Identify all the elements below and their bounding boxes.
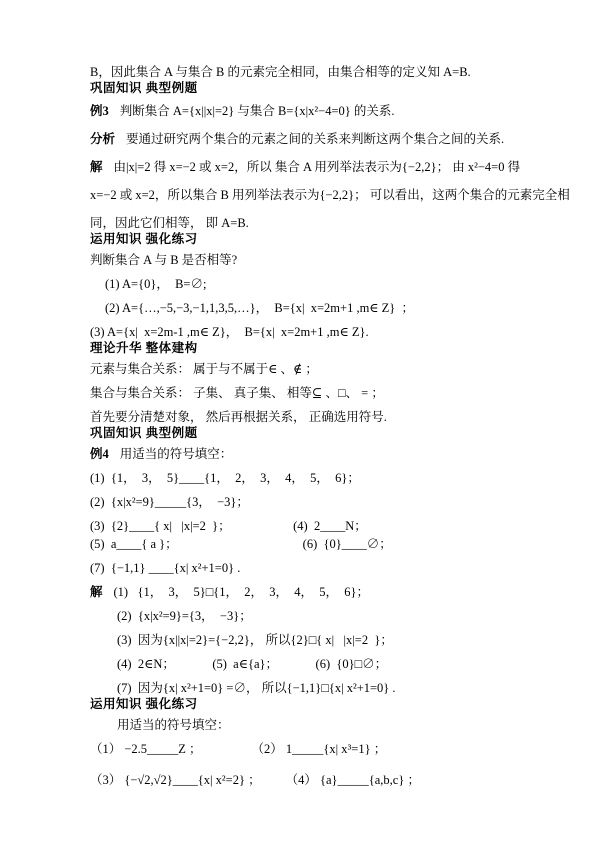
text-line: （1） −2.5_____Z ； （2） 1_____{x| x³=1} ； [90,741,515,758]
line-text: （3） {−√2,√2}____{x| x²=2} ； （4） {a}_____… [90,773,420,787]
text-line: 集合与集合关系： 子集、 真子集、 相等⊆ 、□、 = ； [90,385,515,402]
text-line: x=−2 或 x=2，所以集合 B 用列举法表示为{−2,2}； 可以看出，这两… [90,187,515,204]
line-text: 集合与集合关系： 子集、 真子集、 相等⊆ 、□、 = ； [90,386,384,400]
example-line: 例4用适当的符号填空： [90,446,515,463]
text-line: (3) 因为{x||x|=2}={−2,2}， 所以{2}□{ x| |x|=2… [90,632,515,649]
solution-line: 解由|x|=2 得 x=−2 或 x=2，所以 集合 A 用列举法表示为{−2,… [90,159,515,176]
line-text: 同，因此它们相等， 即 A=B. [90,216,249,230]
text-line: （3） {−√2,√2}____{x| x²=2} ； （4） {a}_____… [90,772,515,789]
text-line: (7) {−1,1} ____{x| x²+1=0} . [90,560,515,577]
line-text: (1) {1， 3， 5}____{1， 2， 3， 4， 5， 6}； [90,471,360,485]
line-text: (2) A={…,−5,−3,−1,1,3,5,…}， B={x| x=2m+1… [105,301,414,315]
text-line: (5) a____{ a }； (6) {0}____∅； [90,536,515,553]
line-text: 理论升华 整体建构 [90,341,198,355]
analysis-line: 分析要通过研究两个集合的元素之间的关系来判断这两个集合之间的关系. [90,131,515,148]
line-text: B，因此集合 A 与集合 B 的元素完全相同，由集合相等的定义知 A=B. [90,65,471,79]
line-text: (1) A={0}， B=∅; [105,277,206,291]
line-text: (7) {−1,1} ____{x| x²+1=0} . [90,561,240,575]
line-text: (4) 2∈N； (5) a∈{a}； (6) {0}□∅； [117,657,387,671]
text-line: 同，因此它们相等， 即 A=B. [90,215,515,232]
text-line: (7) 因为{x| x²+1=0} =∅， 所以{−1,1}□{x| x²+1=… [90,680,515,697]
line-label: 例4 [90,447,109,461]
line-text: 判断集合 A 与 B 是否相等? [90,253,237,267]
text-line: B，因此集合 A 与集合 B 的元素完全相同，由集合相等的定义知 A=B. [90,64,515,81]
section-heading: 巩固知识 典型例题 [90,425,515,442]
section-heading: 运用知识 强化练习 [90,696,515,713]
line-text: （1） −2.5_____Z ； （2） 1_____{x| x³=1} ； [90,742,386,756]
example-line: 例3判断集合 A={x||x|=2} 与集合 B={x|x²−4=0} 的关系. [90,103,515,120]
document-page: B，因此集合 A 与集合 B 的元素完全相同，由集合相等的定义知 A=B.巩固知… [0,0,595,842]
text-line: (2) A={…,−5,−3,−1,1,3,5,…}， B={x| x=2m+1… [90,300,515,317]
line-text: (2) {x|x²=9}_____{3， −3}； [90,495,249,509]
text-line: (3) {2}____{ x| |x|=2 }； (4) 2____N； [90,518,515,535]
line-text: 元素与集合关系： 属于与不属于∈ 、∉ ； [90,362,318,376]
line-text: 要通过研究两个集合的元素之间的关系来判断这两个集合之间的关系. [126,132,504,146]
text-line: (1) A={0}， B=∅; [90,276,515,293]
line-text: 用适当的符号填空： [117,718,230,732]
section-heading: 理论升华 整体建构 [90,340,515,357]
text-line: 用适当的符号填空： [90,717,515,734]
line-text: 巩固知识 典型例题 [90,81,198,95]
text-line: (1) {1， 3， 5}____{1， 2， 3， 4， 5， 6}； [90,470,515,487]
line-text: (3) 因为{x||x|=2}={−2,2}， 所以{2}□{ x| |x|=2… [117,633,393,647]
text-line: (3) A={x| x=2m-1 ,m∈ Z}， B={x| x=2m+1 ,m… [90,324,515,341]
line-label: 解 [90,585,103,599]
text-line: (4) 2∈N； (5) a∈{a}； (6) {0}□∅； [90,656,515,673]
line-text: (5) a____{ a }； (6) {0}____∅； [90,537,392,551]
document-content: B，因此集合 A 与集合 B 的元素完全相同，由集合相等的定义知 A=B.巩固知… [90,64,515,789]
text-line: (2) {x|x²=9}={3， −3}； [90,608,515,625]
line-text: x=−2 或 x=2，所以集合 B 用列举法表示为{−2,2}； 可以看出，这两… [90,188,570,202]
line-text: 判断集合 A={x||x|=2} 与集合 B={x|x²−4=0} 的关系. [120,104,395,118]
line-text: (3) A={x| x=2m-1 ,m∈ Z}， B={x| x=2m+1 ,m… [90,325,369,339]
line-text: 首先要分清楚对象， 然后再根据关系， 正确选用符号. [90,410,387,424]
text-line: 判断集合 A 与 B 是否相等? [90,252,515,269]
text-line: 首先要分清楚对象， 然后再根据关系， 正确选用符号. [90,409,515,426]
line-text: (7) 因为{x| x²+1=0} =∅， 所以{−1,1}□{x| x²+1=… [117,681,396,695]
text-line: (2) {x|x²=9}_____{3， −3}； [90,494,515,511]
line-label: 解 [90,160,103,174]
line-label: 分析 [90,132,115,146]
section-heading: 巩固知识 典型例题 [90,80,515,97]
line-text: (3) {2}____{ x| |x|=2 }； (4) 2____N； [90,519,367,533]
line-text: 由|x|=2 得 x=−2 或 x=2，所以 集合 A 用列举法表示为{−2,2… [114,160,521,174]
line-text: (1) {1， 3， 5}□{1， 2， 3， 4， 5， 6}； [114,585,370,599]
line-text: (2) {x|x²=9}={3， −3}； [117,609,252,623]
line-text: 用适当的符号填空： [120,447,233,461]
section-heading: 运用知识 强化练习 [90,231,515,248]
line-text: 运用知识 强化练习 [90,697,198,711]
text-line: 元素与集合关系： 属于与不属于∈ 、∉ ； [90,361,515,378]
line-text: 运用知识 强化练习 [90,232,198,246]
solution-line: 解(1) {1， 3， 5}□{1， 2， 3， 4， 5， 6}； [90,584,515,601]
line-text: 巩固知识 典型例题 [90,426,198,440]
line-label: 例3 [90,104,109,118]
